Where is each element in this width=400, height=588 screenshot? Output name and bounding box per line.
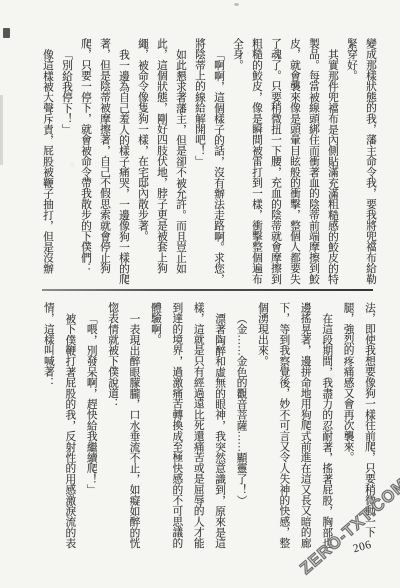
paragraph: 漂著陶醉和虛無的眼神，我突然意識到，原來是這樣，這就是只有經過遠比死還痛苦或是屈…	[145, 302, 231, 551]
paragraph: 其實那件兜襠布是內側貼滿充滿粗糙感的鮫皮的特製品。每當被線頭綁住而衝著血的陰蒂前…	[228, 38, 342, 286]
paragraph: 像這樣被大聲斥責，屁股被鞭子抽打，但是沒辦	[38, 38, 57, 286]
paragraph: 「啊啊，這個樣子的話，沒有辦法走路啊。求您，將陰蒂上的線給解開吧！」	[190, 38, 228, 286]
section-divider	[42, 289, 373, 291]
scan-speckle	[3, 28, 10, 38]
text-block-top: 變成那樣狀態的我，藩主命令我，要我將兜襠布給勒緊穿好。其實那件兜襠布是內側貼滿充…	[34, 38, 380, 286]
paragraph: 在這段期間，我盡力的忍耐著，搖著屁股，胸部也邊搖晃著，邊拼命地用狗爬式前進在這又…	[252, 302, 338, 551]
scan-speckle	[234, 3, 239, 6]
paragraph: （金……金色的觀音菩薩……顯靈了！）	[230, 302, 251, 551]
paragraph: 「喂，別發呆啊，趕快給我繼續爬！」	[80, 302, 101, 551]
paragraph: 一表現出醉眼朦朧，口水垂流不止，如癡如醉的恍惚表情就被下僕說道：	[102, 302, 145, 551]
text-block-bottom: 法，即使我想要像狗一樣往前爬，只要稍微動一下腿，強烈的疼痛感又會再次襲來。在這段…	[34, 302, 380, 551]
paragraph: 變成那樣狀態的我，藩主命令我，要我將兜襠布給勒緊穿好。	[342, 38, 380, 286]
paragraph: 我一邊為自己羞人的樣子痛哭，一邊像狗一樣的爬著，但是陰蒂被摩擦著，自己不假思索就…	[76, 38, 133, 286]
book-page: 變成那樣狀態的我，藩主命令我，要我將兜襠布給勒緊穿好。其實那件兜襠布是內側貼滿充…	[0, 0, 400, 588]
paragraph: 被下僕鞭打著屁股的我，反射性的用感激淚流的表情，這樣叫喊著：	[38, 302, 81, 551]
paragraph: 「別給我停下！」	[57, 38, 76, 286]
scan-smudge	[0, 95, 3, 165]
paragraph: 如此懇求著藩主，但是卻不被允許。而且豈止如此，這個狀態，剛好四肢伏地，脖子更是被…	[133, 38, 190, 286]
